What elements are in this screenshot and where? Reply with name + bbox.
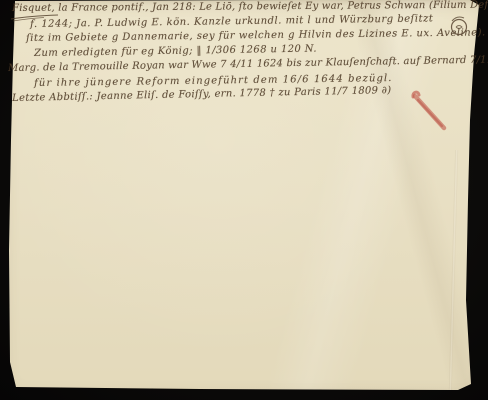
underline-flourish-icon [10,14,62,22]
scanned-document-photo: Fisquet, la France pontif., Jan 218: Le … [0,0,488,400]
corner-circle-mark-icon [448,14,470,38]
paper-crease [449,150,458,390]
manuscript-line: Zum erledigten für eg König; ‖ 1/306 126… [34,44,317,59]
manuscript-line: f. 1244; Ja. P. Ludwig E. kön. Kanzle ur… [30,13,433,30]
manuscript-line: Fisquet, la France pontif., Jan 218: Le … [12,0,488,14]
manuscript-line: ſitz im Gebiete g Dannemarie, sey für we… [26,27,486,44]
red-pencil-mark-icon [398,88,452,138]
